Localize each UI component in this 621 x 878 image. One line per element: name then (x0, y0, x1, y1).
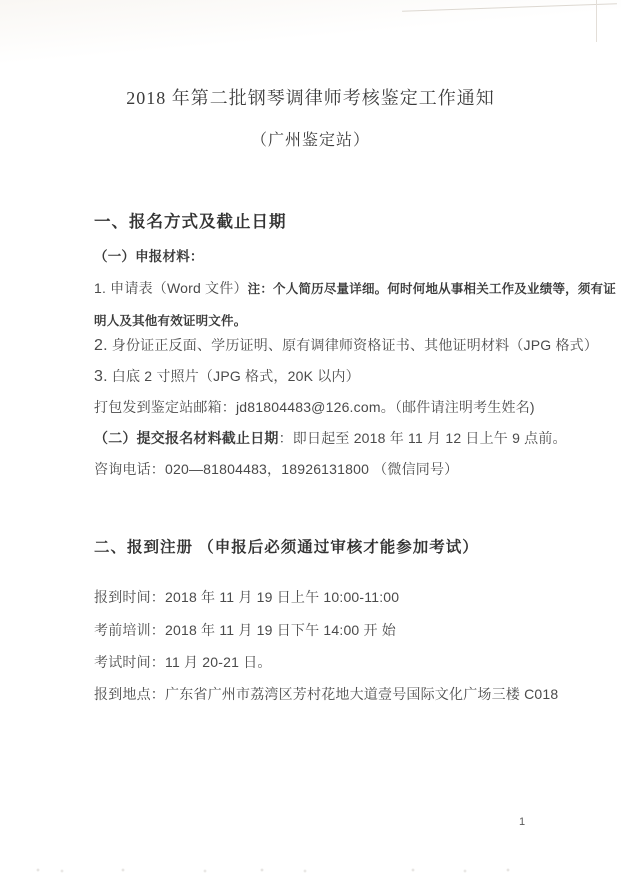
materials-label: （一）申报材料： (94, 245, 204, 265)
section2-heading: 二、报到注册 （申报后必须通过审核才能参加考试） (94, 535, 479, 557)
deadline-line: （二）提交报名材料截止日期：即日起至 2018 年 11 月 12 日上午 9 … (94, 428, 567, 448)
materials-item-2: 2.身份证正反面、学历证明、原有调律师资格证书、其他证明材料（JPG 格式） (94, 335, 598, 355)
item2-number: 2. (94, 337, 108, 354)
item1-note: 注：个人简历尽量详细。何时何地从事相关工作及业绩等，须有证 (248, 282, 616, 296)
materials-item-1-continued: 明人及其他有效证明文件。 (94, 311, 246, 329)
page-number: 1 (519, 816, 525, 828)
exam-time-line: 考试时间：11 月 20-21 日。 (94, 652, 272, 672)
item2-text: 身份证正反面、学历证明、原有调律师资格证书、其他证明材料（JPG 格式） (112, 337, 598, 353)
materials-item-3: 3.白底 2 寸照片（JPG 格式，20K 以内） (94, 366, 360, 386)
document-page: 2018 年第二批钢琴调律师考核鉴定工作通知 （广州鉴定站） 一、报名方式及截止… (0, 0, 621, 878)
checkin-time-line: 报到时间：2018 年 11 月 19 日上午 10:00-11:00 (94, 587, 399, 607)
item3-text: 白底 2 寸照片（JPG 格式，20K 以内） (112, 368, 360, 384)
email-line: 打包发到鉴定站邮箱：jd81804483@126.com。（邮件请注明考生姓名) (94, 397, 535, 417)
section1-heading: 一、报名方式及截止日期 (94, 208, 287, 232)
checkin-place-line: 报到地点：广东省广州市荔湾区芳村花地大道壹号国际文化广场三楼 C018 (94, 684, 558, 704)
item1-prefix: 1. 申请表（Word 文件） (94, 280, 248, 296)
document-subtitle: （广州鉴定站） (0, 127, 621, 150)
materials-item-1: 1. 申请表（Word 文件）注：个人简历尽量详细。何时何地从事相关工作及业绩等… (94, 278, 616, 298)
scan-edge-line-artifact (402, 3, 617, 12)
training-time-line: 考前培训：2018 年 11 月 19 日下午 14:00 开 始 (94, 620, 396, 640)
deadline-rest: ：即日起至 2018 年 11 月 12 日上午 9 点前。 (279, 430, 567, 446)
phone-line: 咨询电话：020—81804483，18926131800 （微信同号） (94, 459, 458, 479)
scan-shading-artifact (0, 0, 621, 64)
document-title: 2018 年第二批钢琴调律师考核鉴定工作通知 (0, 84, 621, 110)
deadline-label: （二）提交报名材料截止日期 (94, 430, 279, 446)
scan-edge-line-artifact (596, 0, 597, 42)
scan-noise-artifact (0, 866, 621, 874)
item3-number: 3. (94, 368, 108, 385)
